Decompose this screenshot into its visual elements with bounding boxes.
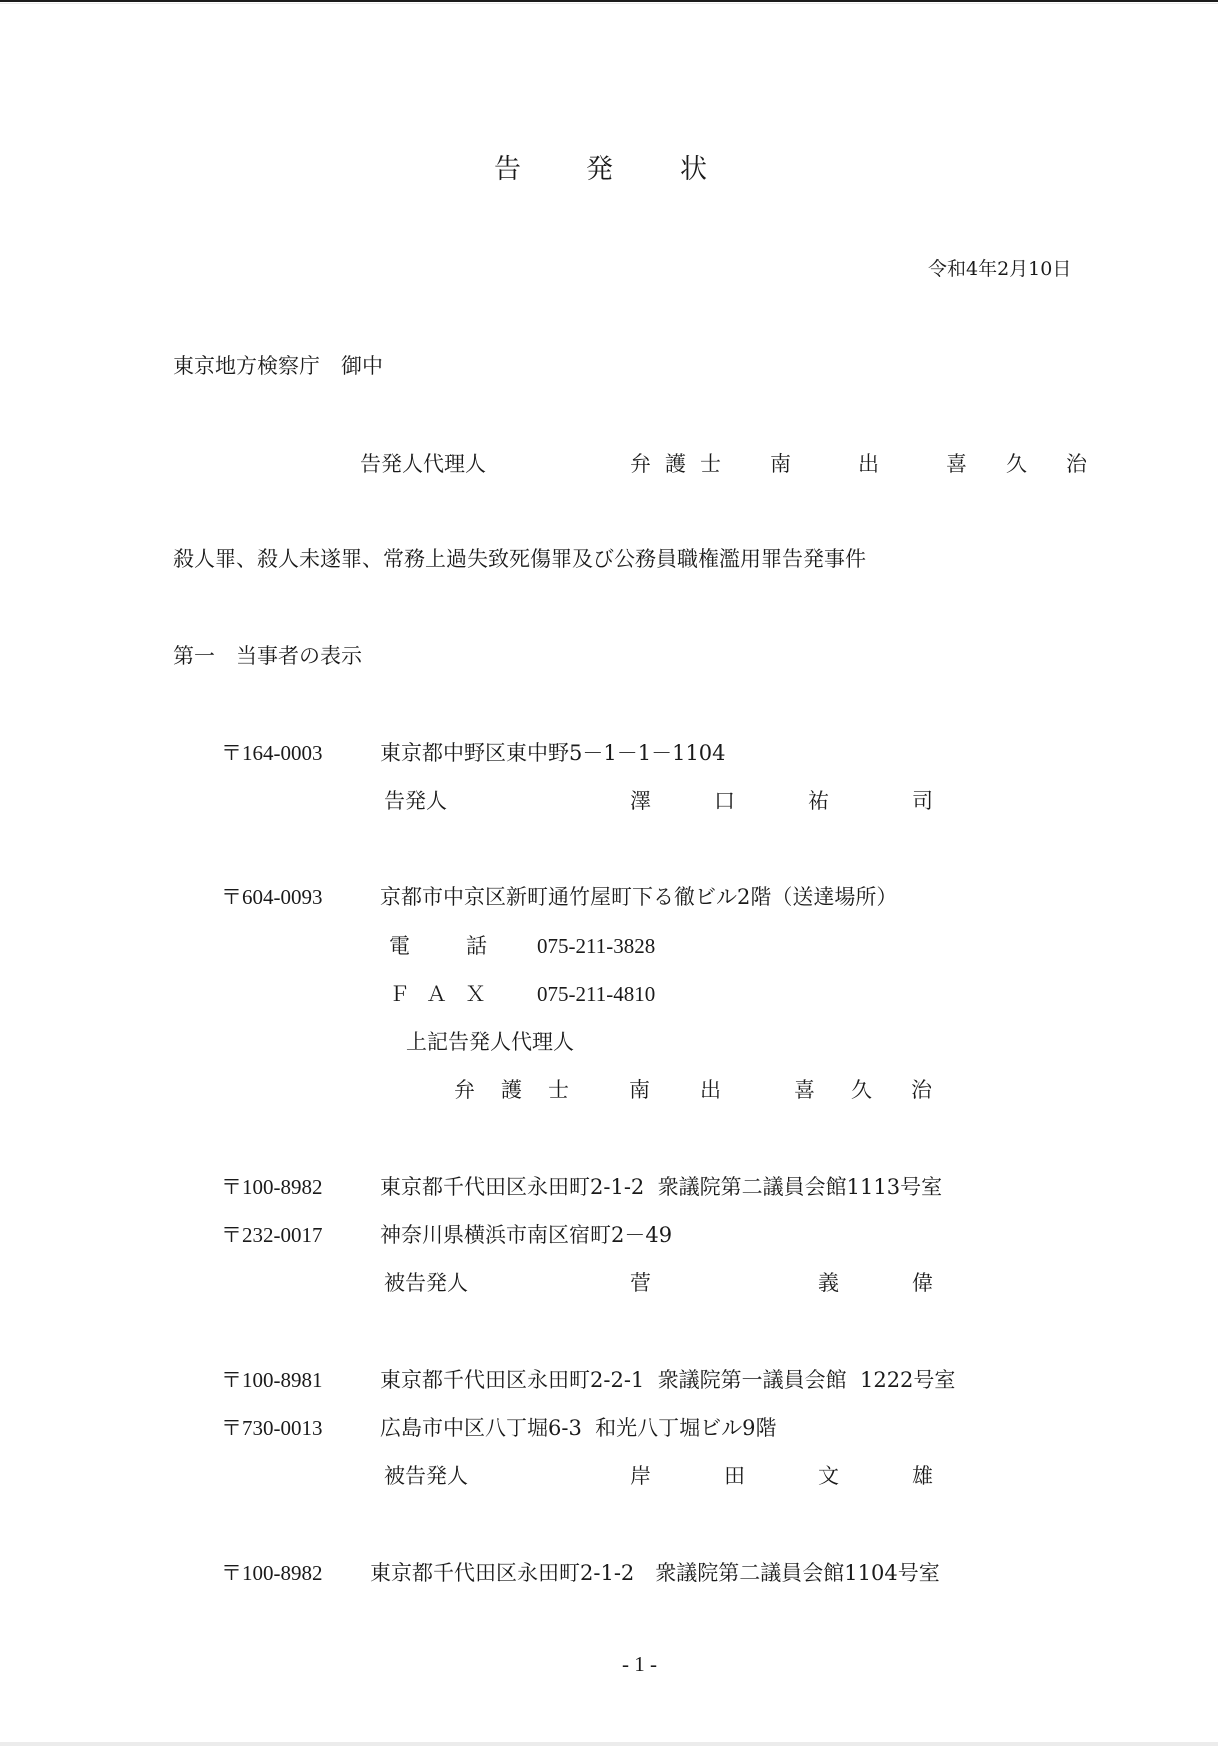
lawyer-title-char: 護 <box>501 1077 522 1103</box>
party-name-char: 口 <box>714 788 735 814</box>
party-name-char: 澤 <box>630 788 651 814</box>
lawyer-title-char: 士 <box>700 451 721 477</box>
fax-label-char: Ｘ <box>465 981 486 1007</box>
address: 東京都中野区東中野5－1－1－1104 <box>380 740 726 766</box>
address: 広島市中区八丁堀6-3 和光八丁堀ビル9階 <box>380 1415 777 1441</box>
party-role: 被告発人 <box>384 1270 468 1296</box>
party-name-char: 義 <box>818 1270 839 1296</box>
agent-name-char: 出 <box>700 1077 721 1103</box>
agent-name-char: 喜 <box>946 451 967 477</box>
bottom-divider <box>0 1742 1218 1746</box>
top-divider <box>0 3 1218 4</box>
fax-number: 075-211-4810 <box>537 981 655 1007</box>
party-name-char: 田 <box>724 1463 745 1489</box>
title-char: 状 <box>680 157 707 183</box>
postal-code: 〒232-0017 <box>221 1222 323 1248</box>
phone-label-char: 電 <box>389 933 410 959</box>
agent-role: 上記告発人代理人 <box>406 1029 574 1055</box>
document-date: 令和4年2月10日 <box>928 256 1071 282</box>
lawyer-title-char: 護 <box>665 451 686 477</box>
address: 東京都千代田区永田町2-2-1 衆議院第一議員会館 1222号室 <box>380 1367 955 1393</box>
agent-name-char: 治 <box>911 1077 932 1103</box>
party-name-char: 菅 <box>630 1270 651 1296</box>
agent-name-char: 出 <box>858 451 879 477</box>
fax-label-char: Ｆ <box>389 981 410 1007</box>
party-name-char: 司 <box>912 788 933 814</box>
address: 東京都千代田区永田町2-1-2 衆議院第二議員会館1113号室 <box>380 1174 942 1200</box>
postal-code: 〒164-0003 <box>221 740 323 766</box>
address: 神奈川県横浜市南区宿町2－49 <box>380 1222 672 1248</box>
party-name-char: 雄 <box>912 1463 933 1489</box>
page-number: - 1 - <box>622 1651 657 1677</box>
party-role: 告発人 <box>384 788 447 814</box>
agent-name-char: 久 <box>1006 451 1027 477</box>
phone-label-char: 話 <box>466 933 487 959</box>
party-name-char: 岸 <box>630 1463 651 1489</box>
agent-name-char: 喜 <box>794 1077 815 1103</box>
section-heading: 第一 当事者の表示 <box>173 643 362 669</box>
lawyer-title-char: 士 <box>548 1077 569 1103</box>
postal-code: 〒100-8982 <box>221 1560 323 1586</box>
postal-code: 〒100-8981 <box>221 1367 323 1393</box>
postal-code: 〒100-8982 <box>221 1174 323 1200</box>
lawyer-title-char: 弁 <box>630 451 651 477</box>
postal-code: 〒604-0093 <box>221 884 323 910</box>
case-name: 殺人罪、殺人未遂罪、常務上過失致死傷罪及び公務員職権濫用罪告発事件 <box>173 546 866 572</box>
agent-name-char: 南 <box>629 1077 650 1103</box>
party-name-char: 文 <box>818 1463 839 1489</box>
lawyer-title-char: 弁 <box>454 1077 475 1103</box>
postal-code: 〒730-0013 <box>221 1415 323 1441</box>
agent-name-char: 久 <box>851 1077 872 1103</box>
party-role: 被告発人 <box>384 1463 468 1489</box>
agent-label: 告発人代理人 <box>360 451 486 477</box>
agent-name-char: 南 <box>770 451 791 477</box>
party-name-char: 祐 <box>808 788 829 814</box>
phone-number: 075-211-3828 <box>537 933 655 959</box>
address: 東京都千代田区永田町2-1-2 衆議院第二議員会館1104号室 <box>370 1560 940 1586</box>
fax-label-char: Ａ <box>426 981 447 1007</box>
party-name-char: 偉 <box>912 1270 933 1296</box>
title-char: 発 <box>586 157 613 183</box>
title-char: 告 <box>494 157 521 183</box>
agent-name-char: 治 <box>1066 451 1087 477</box>
addressee: 東京地方検察庁 御中 <box>173 353 383 379</box>
top-edge-bar <box>0 0 1218 2</box>
address: 京都市中京区新町通竹屋町下る徹ビル2階（送達場所） <box>380 884 897 910</box>
